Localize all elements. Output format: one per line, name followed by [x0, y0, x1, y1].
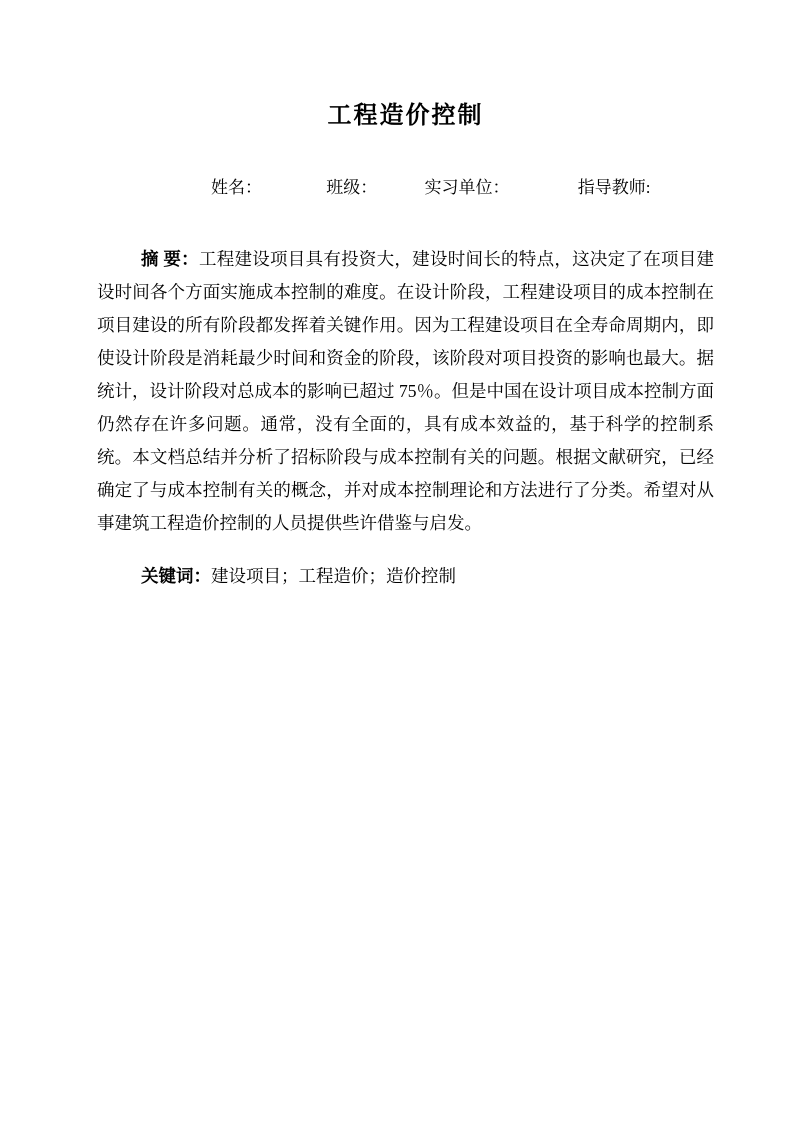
name-label: 姓名：: [211, 177, 262, 199]
keywords-text: 建设项目；工程造价；造价控制: [211, 566, 456, 586]
abstract-paragraph: 摘 要：工程建设项目具有投资大，建设时间长的特点，这决定了在项目建设时间各个方面…: [97, 243, 714, 540]
document-page: { "doc": { "title": "工程造价控制", "info": { …: [0, 0, 793, 1122]
page: 工程造价控制 姓名： 班级： 实习单位： 指导教师: 摘 要：工程建设项目具有投…: [0, 0, 793, 1122]
abstract-text: 工程建设项目具有投资大，建设时间长的特点，这决定了在项目建设时间各个方面实施成本…: [97, 249, 714, 533]
class-label: 班级：: [326, 177, 377, 199]
keywords-label: 关键词：: [141, 566, 211, 586]
advisor-label: 指导教师:: [578, 177, 651, 199]
keywords-line: 关键词：建设项目；工程造价；造价控制: [97, 560, 714, 593]
document-title: 工程造价控制: [97, 100, 714, 132]
internship-unit-label: 实习单位：: [425, 177, 510, 199]
info-line: 姓名： 班级： 实习单位： 指导教师:: [97, 177, 714, 199]
abstract-label: 摘 要：: [141, 249, 199, 269]
